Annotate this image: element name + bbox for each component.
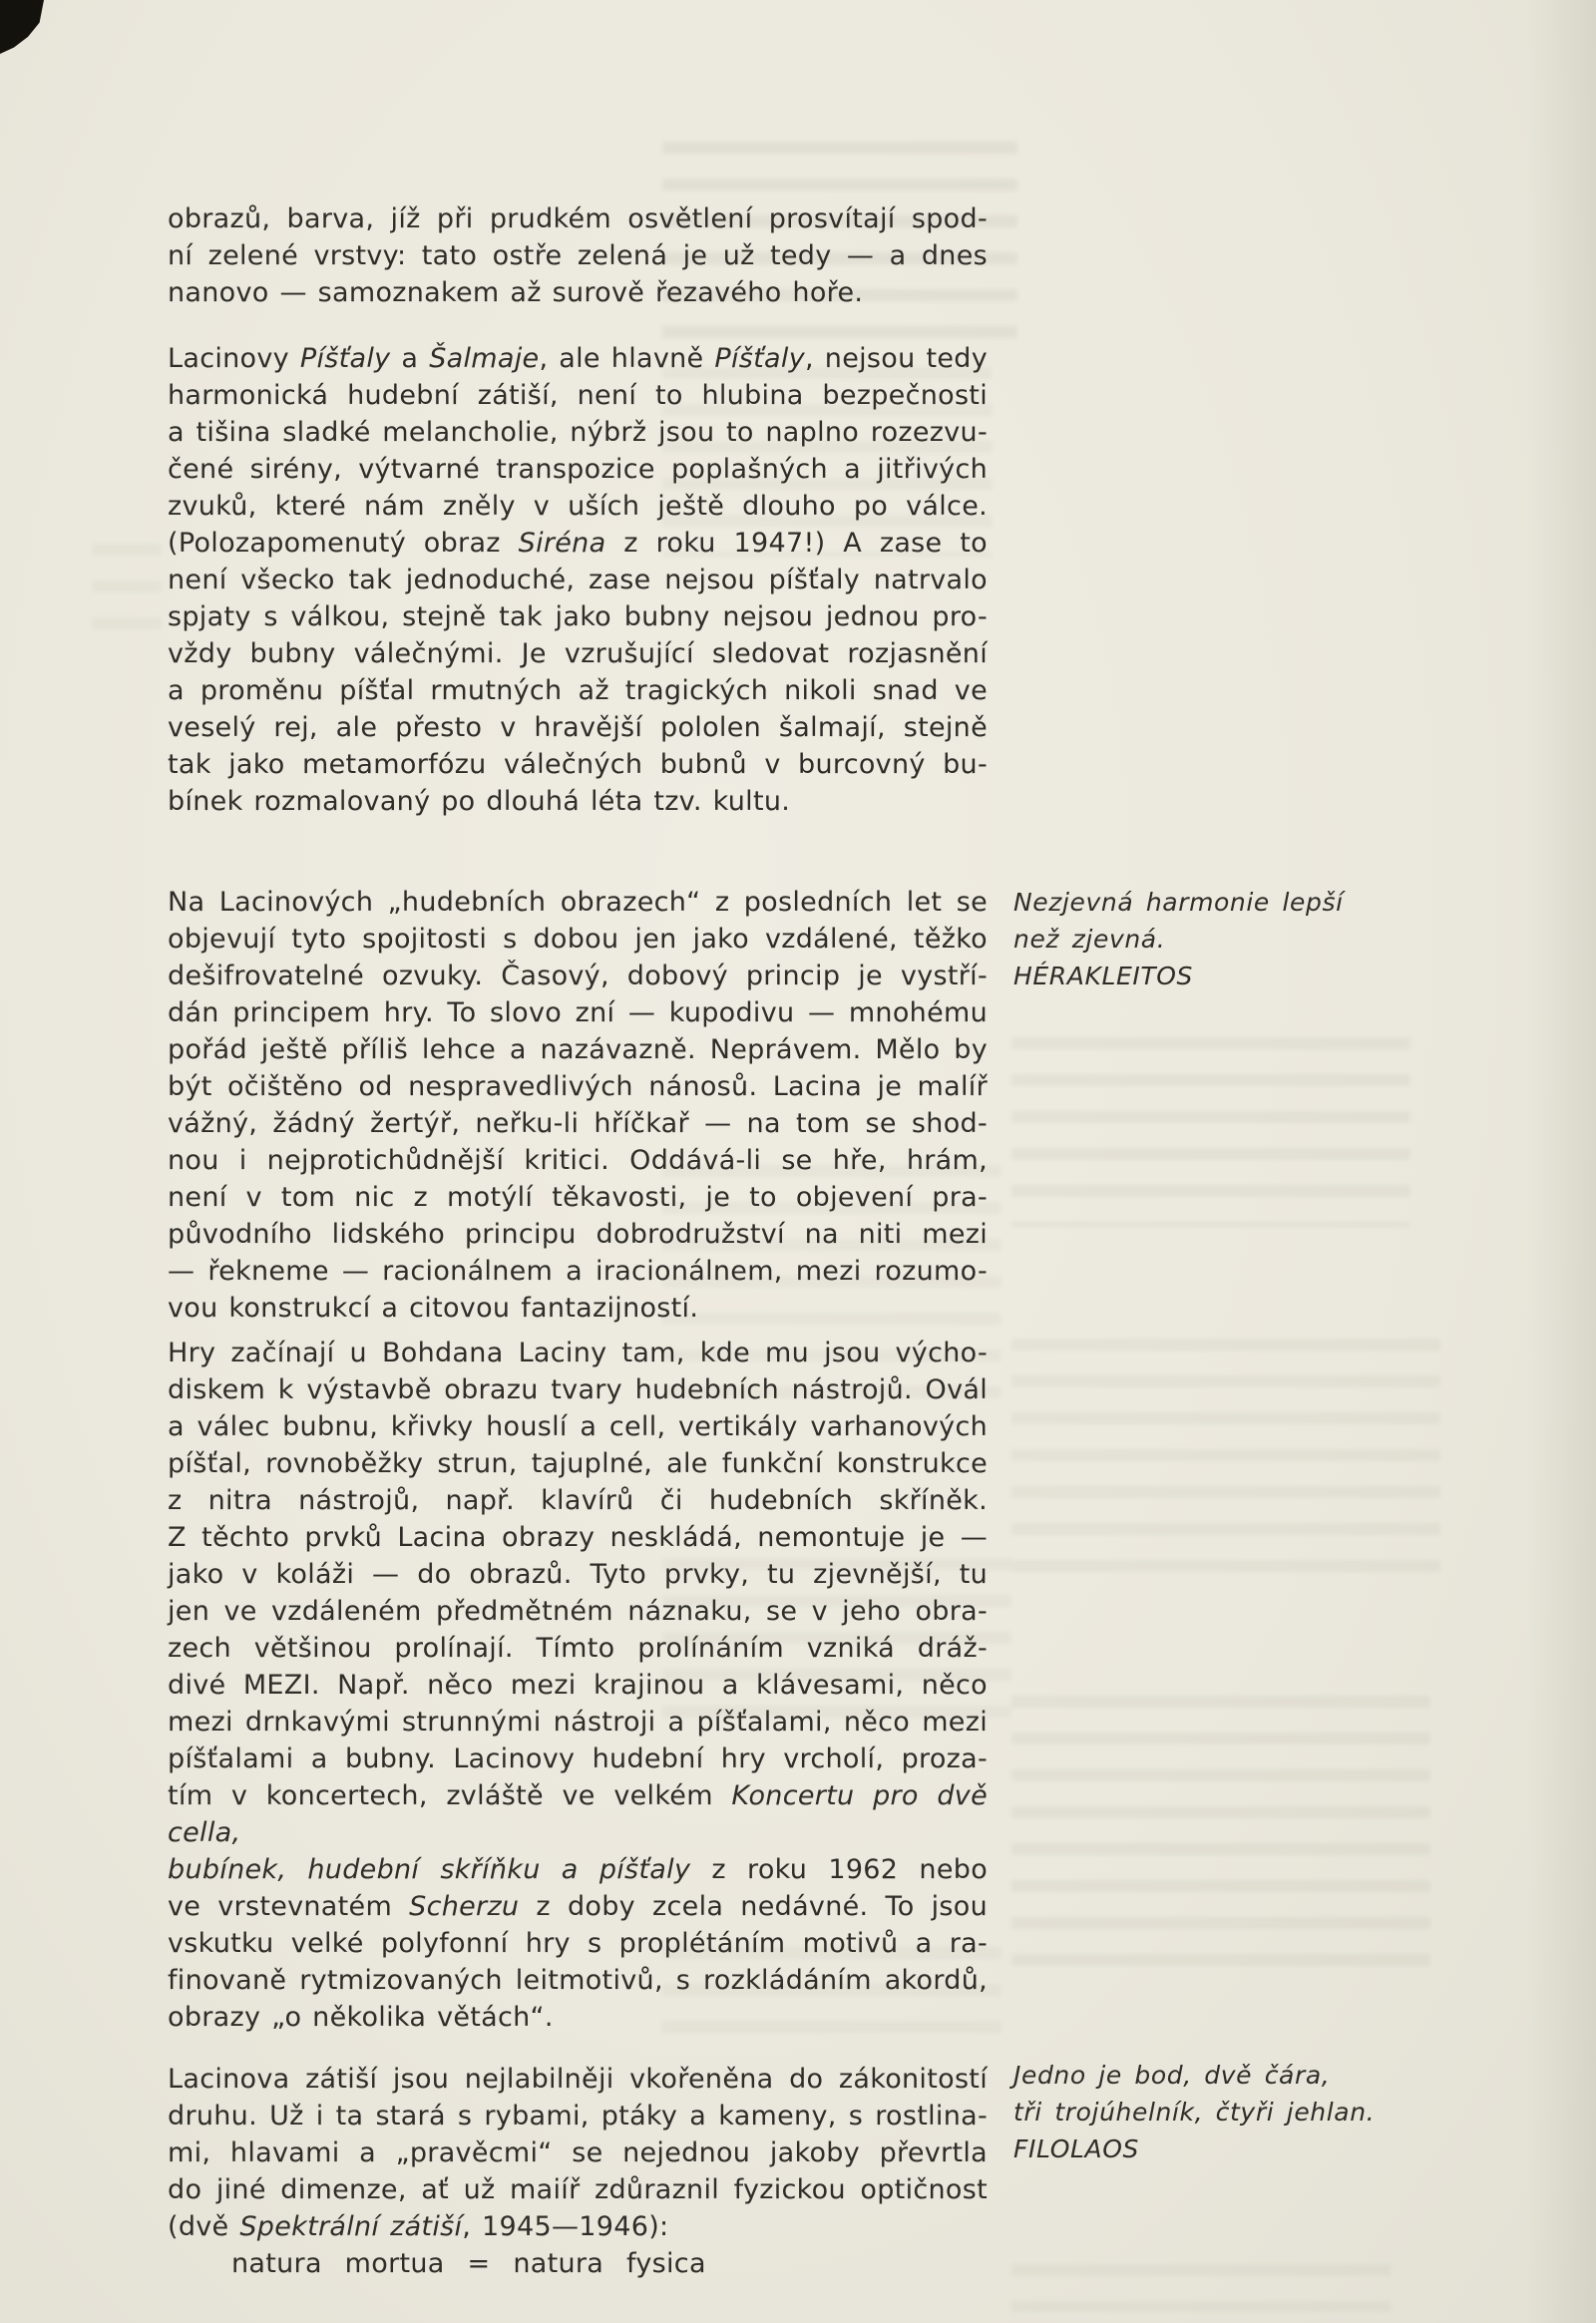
bleedthrough-ghost bbox=[1011, 1696, 1430, 1985]
paragraph-p3: Na Lacinových „hudebních obrazech“ z pos… bbox=[168, 884, 988, 1327]
paragraph-p1: obrazů, barva, jíž při prudkém osvětlení… bbox=[168, 200, 988, 311]
text-line: ve vrstevnatém Scherzu z doby zcela nedá… bbox=[168, 1888, 988, 1925]
scan-corner-artifact bbox=[0, 0, 44, 54]
margin-quote-line: než zjevná. bbox=[1013, 921, 1442, 958]
margin-quote-line: tři trojúhelník, čtyři jehlan. bbox=[1013, 2094, 1442, 2130]
text-line: pořád ještě příliš lehce a nazávazně. Ne… bbox=[168, 1031, 988, 1068]
text-line: obrazy „o několika větách“. bbox=[168, 1999, 988, 2036]
quote-herakleitos: Nezjevná harmonie lepšínež zjevná.HÉRAKL… bbox=[1013, 884, 1442, 994]
text-line: zvuků, které nám zněly v uších ještě dlo… bbox=[168, 488, 988, 525]
quote-filolaos: Jedno je bod, dvě čára,tři trojúhelník, … bbox=[1013, 2057, 1442, 2167]
text-line: tím v koncertech, zvláště ve velkém Konc… bbox=[168, 1777, 988, 1851]
text-line: (dvě Spektrální zátiší, 1945—1946): bbox=[168, 2208, 988, 2245]
text-line: objevují tyto spojitosti s dobou jen jak… bbox=[168, 921, 988, 958]
text-line: píšťalami a bubny. Lacinovy hudební hry … bbox=[168, 1741, 988, 1777]
margin-quote-line: Nezjevná harmonie lepší bbox=[1013, 884, 1442, 921]
text-line: bínek rozmalovaný po dlouhá léta tzv. ku… bbox=[168, 783, 988, 820]
text-line: spjaty s válkou, stejně tak jako bubny n… bbox=[168, 598, 988, 635]
text-line: dán principem hry. To slovo zní — kupodi… bbox=[168, 994, 988, 1031]
bleedthrough-ghost bbox=[1011, 1339, 1440, 1588]
text-line: Lacinovy Píšťaly a Šalmaje, ale hlavně P… bbox=[168, 340, 988, 377]
text-line: vždy bubny válečnými. Je vzrušující sled… bbox=[168, 635, 988, 672]
margin-quote-line: Jedno je bod, dvě čára, bbox=[1013, 2057, 1442, 2094]
text-line: dešifrovatelné ozvuky. Časový, dobový pr… bbox=[168, 958, 988, 994]
paragraph-p2: Lacinovy Píšťaly a Šalmaje, ale hlavně P… bbox=[168, 340, 988, 820]
text-line: diskem k výstavbě obrazu tvary hudebních… bbox=[168, 1371, 988, 1408]
text-line: (Polozapomenutý obraz Siréna z roku 1947… bbox=[168, 525, 988, 562]
text-line: — řekneme — racionálnem a iracionálnem, … bbox=[168, 1253, 988, 1290]
text-line: z nitra nástrojů, např. klavírů či hudeb… bbox=[168, 1482, 988, 1519]
text-line: do jiné dimenze, ať už maiíř zdůraznil f… bbox=[168, 2171, 988, 2208]
text-line: nou i nejprotichůdnější kritici. Oddává-… bbox=[168, 1142, 988, 1179]
text-line: tak jako metamorfózu válečných bubnů v b… bbox=[168, 746, 988, 783]
text-line: Lacinova zátiší jsou nejlabilněji vkořen… bbox=[168, 2061, 988, 2098]
text-line: bubínek, hudební skříňku a píšťaly z rok… bbox=[168, 1851, 988, 1888]
text-line: divé MEZI. Např. něco mezi krajinou a kl… bbox=[168, 1667, 988, 1704]
text-line: finovaně rytmizovaných leitmotivů, s roz… bbox=[168, 1962, 988, 1999]
text-line: ní zelené vrstvy: tato ostře zelená je u… bbox=[168, 237, 988, 274]
text-line: a tišina sladké melancholie, nýbrž jsou … bbox=[168, 414, 988, 451]
text-line: Hry začínají u Bohdana Laciny tam, kde m… bbox=[168, 1335, 988, 1371]
bleedthrough-ghost bbox=[1011, 2264, 1391, 2312]
text-line: vskutku velké polyfonní hry s proplétání… bbox=[168, 1925, 988, 1962]
text-line: druhu. Už i ta stará s rybami, ptáky a k… bbox=[168, 2098, 988, 2134]
margin-quote-line: FILOLAOS bbox=[1013, 2130, 1442, 2167]
text-line: vou konstrukcí a citovou fantazijností. bbox=[168, 1290, 988, 1327]
text-line: jako v koláži — do obrazů. Tyto prvky, t… bbox=[168, 1556, 988, 1593]
text-line: natura mortua = natura fysica bbox=[168, 2245, 988, 2282]
paragraph-p5: Lacinova zátiší jsou nejlabilněji vkořen… bbox=[168, 2061, 988, 2282]
bleedthrough-ghost bbox=[1011, 1037, 1410, 1227]
text-line: a válec bubnu, křivky houslí a cell, ver… bbox=[168, 1408, 988, 1445]
margin-quote-line: HÉRAKLEITOS bbox=[1013, 958, 1442, 994]
text-line: veselý rej, ale přesto v hravější polole… bbox=[168, 709, 988, 746]
text-line: není v tom nic z motýlí těkavosti, je to… bbox=[168, 1179, 988, 1216]
text-line: jen ve vzdáleném předmětném náznaku, se … bbox=[168, 1593, 988, 1630]
text-line: mi, hlavami a „pravěcmi“ se nejednou jak… bbox=[168, 2134, 988, 2171]
text-line: harmonická hudební zátiší, není to hlubi… bbox=[168, 377, 988, 414]
text-line: zech většinou prolínají. Tímto prolínání… bbox=[168, 1630, 988, 1667]
text-line: mezi drnkavými strunnými nástroji a píšť… bbox=[168, 1704, 988, 1741]
paragraph-p4: Hry začínají u Bohdana Laciny tam, kde m… bbox=[168, 1335, 988, 2036]
bleedthrough-ghost bbox=[92, 544, 162, 653]
scan-edge-shading bbox=[1526, 0, 1596, 2323]
text-line: původního lidského principu dobrodružstv… bbox=[168, 1216, 988, 1253]
text-line: obrazů, barva, jíž při prudkém osvětlení… bbox=[168, 200, 988, 237]
text-line: nanovo — samoznakem až surově řezavého h… bbox=[168, 274, 988, 311]
text-line: Na Lacinových „hudebních obrazech“ z pos… bbox=[168, 884, 988, 921]
scanned-book-page: obrazů, barva, jíž při prudkém osvětlení… bbox=[0, 0, 1596, 2323]
text-line: není všecko tak jednoduché, zase nejsou … bbox=[168, 562, 988, 598]
text-line: píšťal, rovnoběžky strun, tajuplné, ale … bbox=[168, 1445, 988, 1482]
text-line: a proměnu píšťal rmutných až tragických … bbox=[168, 672, 988, 709]
text-line: Z těchto prvků Lacina obrazy neskládá, n… bbox=[168, 1519, 988, 1556]
text-line: čené sirény, výtvarné transpozice poplaš… bbox=[168, 451, 988, 488]
text-line: být očištěno od nespravedlivých nánosů. … bbox=[168, 1068, 988, 1105]
text-line: vážný, žádný žertýř, neřku-li hříčkař — … bbox=[168, 1105, 988, 1142]
